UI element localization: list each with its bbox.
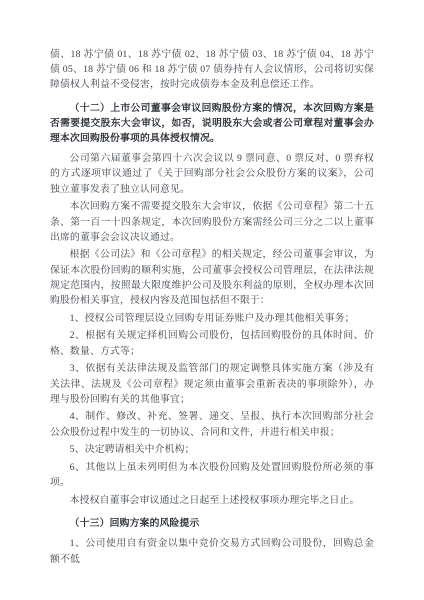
- section-heading: （十二）上市公司董事会审议回购股份方案的情况，本次回购方案是否需要提交股东大会审…: [50, 101, 374, 147]
- paragraph: 1、授权公司管理层设立回购专用证券账户及办理其他相关事务；: [50, 311, 374, 326]
- section-heading: （十三）回购方案的风险提示: [50, 516, 374, 531]
- paragraph: 4、制作、修改、补充、签署、递交、呈报、执行本次回购部分社会公众股份过程中发生的…: [50, 409, 374, 439]
- paragraph: 3、依据有关法律法规及监管部门的规定调整具体实施方案（涉及有关法律、法规及《公司…: [50, 361, 374, 407]
- document-body: 债、18 苏宁债 01、18 苏宁债 02、18 苏宁债 03、18 苏宁债 0…: [50, 47, 374, 569]
- paragraph: 公司第六届董事会第四十六次会议以 9 票同意、0 票反对、0 票弃权的方式逐项审…: [50, 151, 374, 197]
- paragraph: 本次回购方案不需要提交股东大会审议，依据《公司章程》第二十五条、第一百一十四条规…: [50, 199, 374, 245]
- paragraph: 1、公司使用自有资金以集中竞价交易方式回购公司股份，回购总金额不低: [50, 536, 374, 566]
- paragraph: 5、决定聘请相关中介机构；: [50, 442, 374, 457]
- paragraph: 6、其他以上虽未列明但为本次股份回购及处置回购股份所必须的事项。: [50, 460, 374, 490]
- document-page: 债、18 苏宁债 01、18 苏宁债 02、18 苏宁债 03、18 苏宁债 0…: [0, 0, 424, 600]
- paragraph: 根据《公司法》和《公司章程》的相关规定，经公司董事会审议，为保证本次股份回购的顺…: [50, 247, 374, 308]
- paragraph: 2、根据有关规定择机回购公司股份，包括回购股份的具体时间、价格、数量、方式等；: [50, 328, 374, 358]
- paragraph: 债、18 苏宁债 01、18 苏宁债 02、18 苏宁债 03、18 苏宁债 0…: [50, 47, 374, 93]
- paragraph: 本授权自董事会审议通过之日起至上述授权事项办理完毕之日止。: [50, 493, 374, 508]
